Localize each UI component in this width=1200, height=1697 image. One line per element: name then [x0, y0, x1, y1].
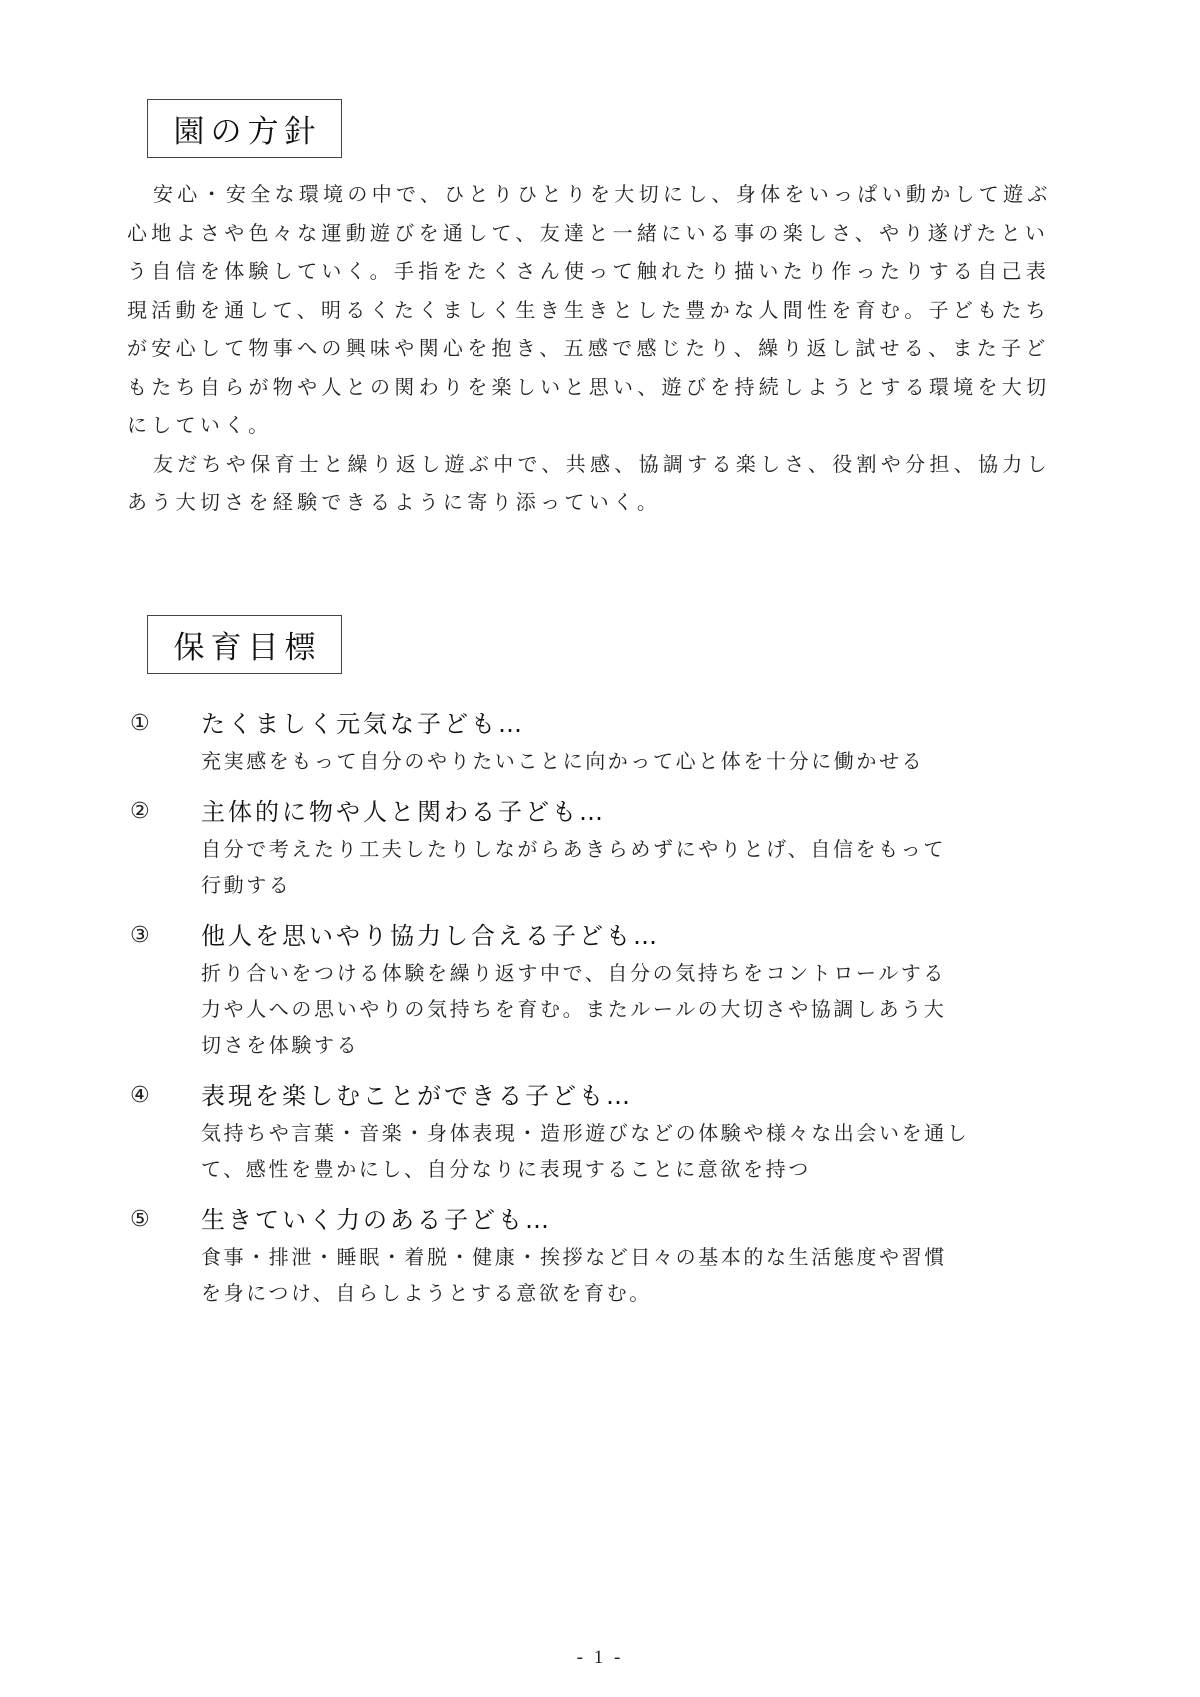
policy-body: 安心・安全な環境の中で、ひとりひとりを大切にし、身体をいっぱい動かして遊ぶ 心地… — [127, 175, 1057, 522]
goal-item: ⑤ 生きていく力のある子ども… 食事・排泄・睡眠・着脱・健康・挨拶など日々の基本… — [127, 1201, 1067, 1311]
goal-desc-line: 自分で考えたり工夫したりしながらあきらめずにやりとげ、自信をもって — [201, 831, 1067, 867]
goal-desc-line: 充実感をもって自分のやりたいことに向かって心と体を十分に働かせる — [201, 743, 1067, 779]
goal-desc-line: 気持ちや言葉・音楽・身体表現・造形遊びなどの体験や様々な出会いを通し — [201, 1115, 1067, 1151]
goal-number: ⑤ — [130, 1201, 150, 1239]
goal-description: 食事・排泄・睡眠・着脱・健康・挨拶など日々の基本的な生活態度や習慣 を身につけ、… — [201, 1239, 1067, 1311]
goal-desc-line: 折り合いをつける体験を繰り返す中で、自分の気持ちをコントロールする — [201, 955, 1067, 991]
policy-paragraph: 安心・安全な環境の中で、ひとりひとりを大切にし、身体をいっぱい動かして遊ぶ 心地… — [127, 175, 1057, 445]
goals-list: ① たくましく元気な子ども… 充実感をもって自分のやりたいことに向かって心と体を… — [127, 705, 1067, 1325]
goal-title: たくましく元気な子ども… — [201, 705, 1067, 743]
policy-line: もたち自らが物や人との関わりを楽しいと思い、遊びを持続しようとする環境を大切 — [127, 368, 1057, 407]
goals-heading: 保育目標 — [147, 615, 342, 674]
goal-number: ④ — [130, 1077, 150, 1115]
goal-desc-line: を身につけ、自らしようとする意欲を育む。 — [201, 1275, 1067, 1311]
goal-description: 気持ちや言葉・音楽・身体表現・造形遊びなどの体験や様々な出会いを通し て、感性を… — [201, 1115, 1067, 1187]
document-page: 園の方針 安心・安全な環境の中で、ひとりひとりを大切にし、身体をいっぱい動かして… — [0, 0, 1200, 1697]
goal-item: ④ 表現を楽しむことができる子ども… 気持ちや言葉・音楽・身体表現・造形遊びなど… — [127, 1077, 1067, 1187]
policy-line: にしていく。 — [127, 406, 1057, 445]
goal-desc-line: 食事・排泄・睡眠・着脱・健康・挨拶など日々の基本的な生活態度や習慣 — [201, 1239, 1067, 1275]
goal-desc-line: 力や人への思いやりの気持ちを育む。またルールの大切さや協調しあう大 — [201, 991, 1067, 1027]
goal-description: 自分で考えたり工夫したりしながらあきらめずにやりとげ、自信をもって 行動する — [201, 831, 1067, 903]
goal-description: 充実感をもって自分のやりたいことに向かって心と体を十分に働かせる — [201, 743, 1067, 779]
policy-line: 友だちや保育士と繰り返し遊ぶ中で、共感、協調する楽しさ、役割や分担、協力し — [127, 445, 1057, 484]
policy-line: あう大切さを経験できるように寄り添っていく。 — [127, 483, 1057, 522]
page-number: - 1 - — [0, 1647, 1200, 1669]
goal-desc-line: 切さを体験する — [201, 1027, 1067, 1063]
policy-line: が安心して物事への興味や関心を抱き、五感で感じたり、繰り返し試せる、また子ど — [127, 329, 1057, 368]
goal-number: ① — [130, 705, 150, 743]
policy-line: 心地よさや色々な運動遊びを通して、友達と一緒にいる事の楽しさ、やり遂げたとい — [127, 214, 1057, 253]
policy-paragraph: 友だちや保育士と繰り返し遊ぶ中で、共感、協調する楽しさ、役割や分担、協力し あう… — [127, 445, 1057, 522]
policy-line: う自信を体験していく。手指をたくさん使って触れたり描いたり作ったりする自己表 — [127, 252, 1057, 291]
goal-title: 他人を思いやり協力し合える子ども… — [201, 917, 1067, 955]
goal-title: 表現を楽しむことができる子ども… — [201, 1077, 1067, 1115]
goal-number: ③ — [130, 917, 150, 955]
policy-line: 現活動を通して、明るくたくましく生き生きとした豊かな人間性を育む。子どもたち — [127, 291, 1057, 330]
goal-title: 主体的に物や人と関わる子ども… — [201, 793, 1067, 831]
goal-description: 折り合いをつける体験を繰り返す中で、自分の気持ちをコントロールする 力や人への思… — [201, 955, 1067, 1063]
goal-item: ② 主体的に物や人と関わる子ども… 自分で考えたり工夫したりしながらあきらめずに… — [127, 793, 1067, 903]
goal-desc-line: 行動する — [201, 867, 1067, 903]
policy-line: 安心・安全な環境の中で、ひとりひとりを大切にし、身体をいっぱい動かして遊ぶ — [127, 175, 1057, 214]
policy-heading: 園の方針 — [147, 99, 342, 158]
goal-item: ③ 他人を思いやり協力し合える子ども… 折り合いをつける体験を繰り返す中で、自分… — [127, 917, 1067, 1063]
goal-desc-line: て、感性を豊かにし、自分なりに表現することに意欲を持つ — [201, 1151, 1067, 1187]
goal-item: ① たくましく元気な子ども… 充実感をもって自分のやりたいことに向かって心と体を… — [127, 705, 1067, 779]
goal-title: 生きていく力のある子ども… — [201, 1201, 1067, 1239]
goal-number: ② — [130, 793, 150, 831]
